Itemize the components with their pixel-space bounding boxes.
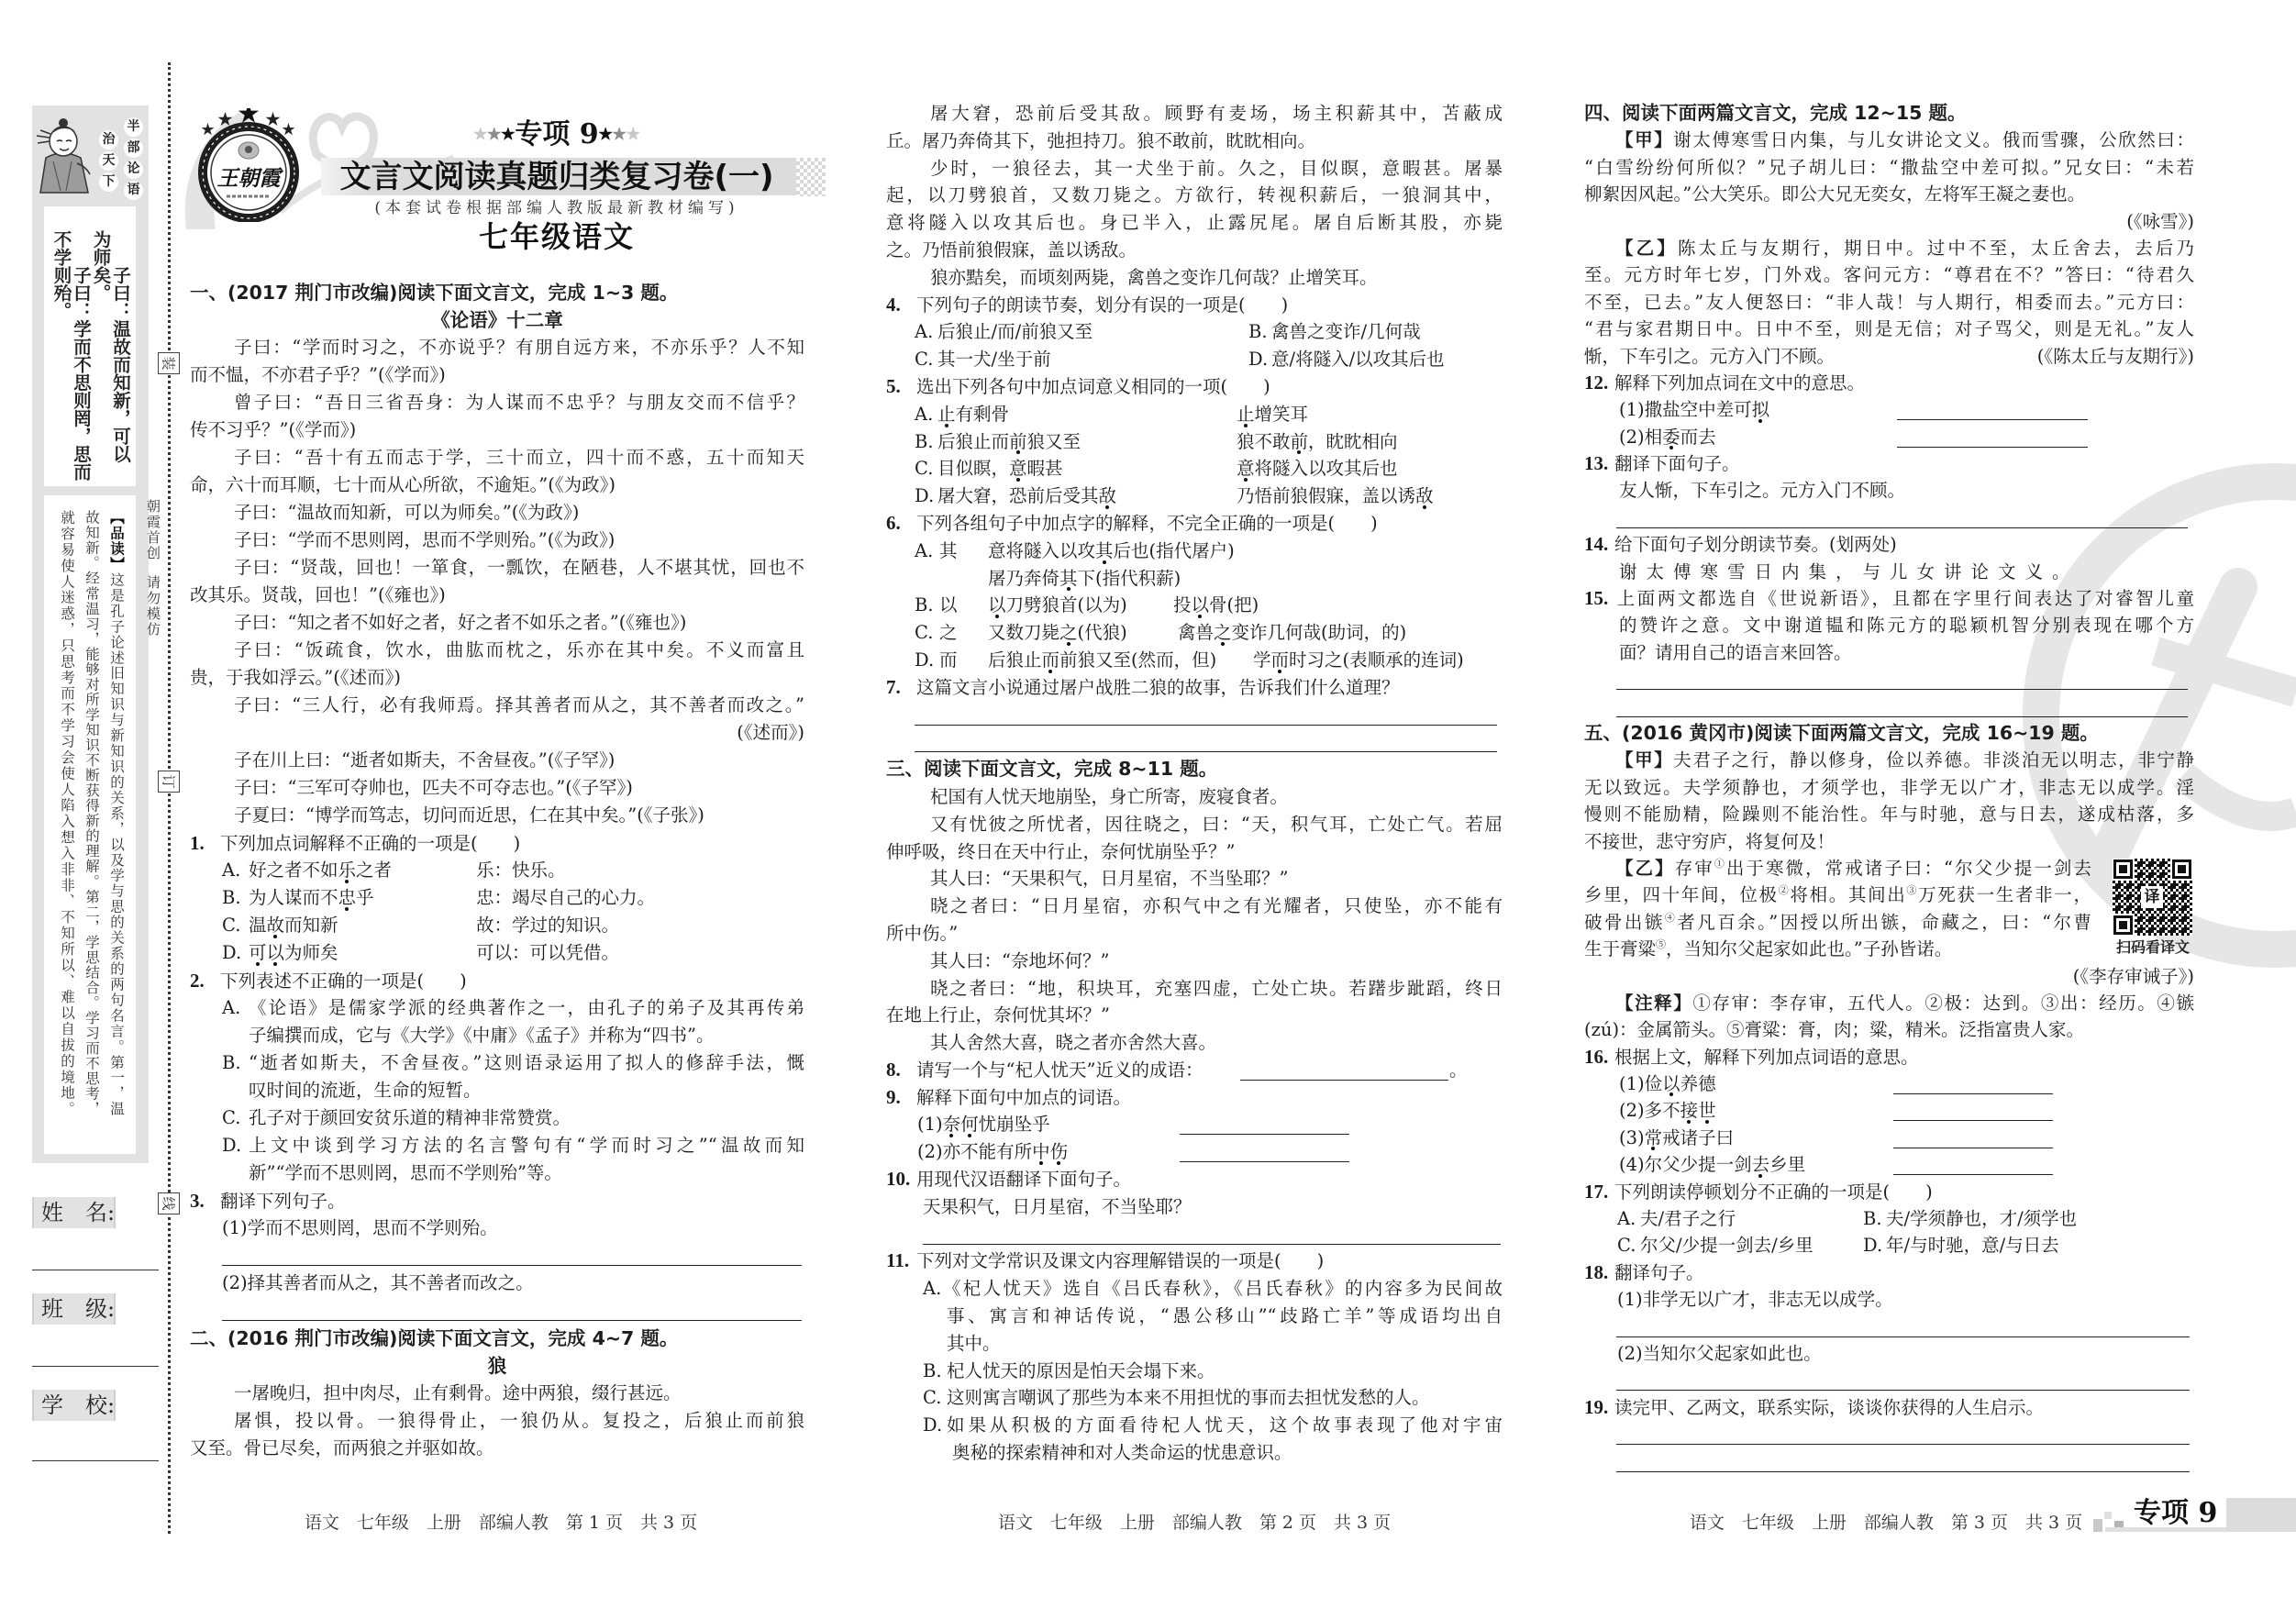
answer-line: [1584, 1421, 2194, 1447]
passage-text: 谢太傅寒雪日内集，与儿女讲论文义。俄而雪骤，公欣然曰：: [1673, 129, 2194, 150]
footnote-marker: ①: [1714, 858, 1726, 870]
emphasis-dot-char: 拟: [1752, 396, 1770, 423]
option-gloss: 忠：竭尽自己的心力。: [476, 884, 655, 912]
option-label: C.: [915, 455, 933, 482]
option-word: 以: [939, 592, 958, 619]
option-label: D.: [1863, 1232, 1882, 1259]
option-text: 新”“学而不思则罔，思而不学则殆”等。: [249, 1159, 562, 1187]
question-stem: 下列朗读停顿划分不正确的一项是( ): [1614, 1181, 1933, 1203]
emphasis-dot-char: 前: [1291, 428, 1309, 456]
passage-line: 惭，下车引之。元方入门不顾。 (《陈太丘与友期行》): [1584, 343, 2194, 370]
emphasis-dot-char: 敌: [1415, 482, 1434, 510]
question-stem: 请写一个与“杞人忧天”近义的成语：: [916, 1059, 1203, 1081]
question-number: 18.: [1584, 1259, 1614, 1286]
passage-line: 子在川上曰：“逝者如斯夫，不舍昼夜。”(《子罕》): [190, 747, 804, 774]
quote-column: 子曰：温故而知新，可以: [111, 230, 131, 478]
option-first: 以刀劈狼首(以为): [988, 592, 1127, 619]
answer-rule: [1616, 716, 2188, 717]
option-right: 乃悟前狼假寐，盖以诱敌: [1237, 482, 1434, 510]
question-10: 10.用现代汉语翻译下面句子。: [886, 1166, 1503, 1193]
passage-line: 意将隧入以攻其后也。身已半入，止露尻尾。屠自后断其股，亦毙: [886, 209, 1503, 237]
option-label: A.: [222, 857, 240, 884]
question-number: 12.: [1584, 370, 1614, 396]
option-text: 其一犬/坐于前: [937, 346, 1051, 373]
notes-label: 【注释】: [1615, 993, 1692, 1014]
question-number: 6.: [886, 510, 916, 538]
motto-char: 语: [124, 181, 143, 200]
emphasis-dot-char: 以: [1192, 592, 1210, 619]
answer-rule: [1616, 1390, 2190, 1391]
option-text: 温故而知新: [249, 912, 338, 939]
footnote-marker: ③: [1906, 884, 1918, 896]
logo-text: 王朝霞: [217, 166, 284, 191]
answer-line: [886, 702, 1503, 729]
answer-rule: [1180, 1134, 1349, 1135]
question-number: 1.: [190, 829, 220, 857]
emphasis-dot-char: 意: [1237, 455, 1255, 482]
option-text: 《杞人忧天》选自《吕氏春秋》，《吕氏春秋》的内容多为民间故: [943, 1275, 1503, 1303]
option-text: 孔子对于颜回安贫乐道的精神非常赞赏。: [249, 1104, 571, 1132]
tab-square-icon: [2104, 1512, 2112, 1519]
sub-question: (1)学而不思则罔，思而不学则殆。: [190, 1214, 804, 1242]
question-2: 2.下列表述不正确的一项是( ): [190, 967, 804, 994]
sentence: 天果积气，日月星宿，不当坠耶？: [886, 1193, 1503, 1221]
question-stem: 读完甲、乙两文，联系实际，谈谈你获得的人生启示。: [1614, 1397, 2044, 1418]
answer-line: [1584, 666, 2194, 693]
question-stem: 下列对文学常识及课文内容理解错误的一项是( ): [916, 1250, 1324, 1271]
option-row: A. 后狼止/而/前狼又至 B. 禽兽之变诈/几何哉: [886, 318, 1503, 346]
quote-column: 不学则殆。: [51, 230, 72, 478]
question-6: 6.下列各组句子中加点字的解释，不完全正确的一项是( ): [886, 510, 1503, 538]
motto-char: 天: [99, 151, 118, 171]
sub-question-text: (1)奈何忧崩坠乎: [917, 1111, 1050, 1138]
option-row: C. 这则寓言嘲讽了那些为本来不用担忧的事而去担忧发愁的人。: [886, 1384, 1503, 1412]
passage-line: 丘。屠乃奔倚其下，弛担持刀。狼不敢前，眈眈相向。: [886, 128, 1503, 155]
sub-question-text: (2)亦不能有所中伤: [917, 1138, 1068, 1166]
option-label: A.: [923, 1275, 941, 1303]
option-word: 而: [939, 647, 958, 674]
passage-line: 少时，一狼径去，其一犬坐于前。久之，目似瞑，意暇甚。屠暴: [886, 155, 1503, 183]
question-stem: 根据上文，解释下列加点词语的意思。: [1614, 1047, 1919, 1068]
emphasis-dot-char: 何: [960, 1111, 979, 1138]
answer-rule: [1240, 1080, 1448, 1081]
passage-line: 子曰：“饭疏食，饮水，曲肱而枕之，乐亦在其中矣。不义而富且: [190, 637, 804, 664]
confucius-cartoon-icon: [35, 116, 95, 194]
sub-question: (2)当知尔父起家如此也。: [1584, 1340, 2194, 1367]
quote-column: 子曰：学而不思则罔，思而: [72, 230, 92, 478]
binding-mark-char: 订: [159, 774, 179, 788]
option-text: 子编撰而成，它与《大学》《中庸》《孟子》并称为“四书”。: [249, 1022, 714, 1049]
passage-line: 命，六十而耳顺，七十而从心所欲，不逾矩。”(《为政》): [190, 471, 804, 499]
passage-line: 生于膏粱⑤，当知尔父起家如此也。”子孙皆诺。: [1584, 936, 2194, 962]
sub-question-text: (2)相委而去: [1619, 424, 1716, 450]
answer-rule: [222, 1265, 802, 1266]
option-text: 如果从积极的方面看待杞人忧天，这个故事表现了他对宇宙: [947, 1412, 1503, 1439]
question-19: 19.读完甲、乙两文，联系实际，谈谈你获得的人生启示。: [1584, 1394, 2194, 1421]
option-row: B. 后狼止而前狼又至 狼不敢前，眈眈相向: [886, 428, 1503, 456]
option-row: A. 止有剩骨 止增笑耳: [886, 401, 1503, 428]
copyright-notice: 请勿模仿: [145, 575, 161, 638]
commentary-label: 【品读】: [108, 510, 125, 572]
option-text: 其中。: [947, 1330, 1001, 1358]
source-citation: (《陈太丘与友期行》): [2037, 343, 2194, 370]
passage-label: 【乙】: [1615, 238, 1678, 259]
emphasis-dot-char: 前: [1009, 428, 1027, 456]
option-row: 其中。: [886, 1330, 1503, 1358]
emphasis-dot-char: 去: [1752, 1151, 1770, 1178]
answer-line: [1584, 693, 2194, 720]
emphasis-dot-char: 其: [1059, 565, 1078, 593]
option-row: C. 温故而知新 故：学过的知识。: [190, 912, 804, 939]
option-text: 叹时间的流逝，生命的短暂。: [249, 1077, 482, 1104]
option-row: D. 如果从积极的方面看待杞人忧天，这个故事表现了他对宇宙: [886, 1412, 1503, 1439]
option-row: A. 《论语》是儒家学派的经典著作之一，由孔子的弟子及其再传弟: [190, 994, 804, 1022]
sub-question: (1)撒盐空中差可拟: [1584, 396, 2194, 423]
option-row: A. 其 意将隧入以攻其后也(指代屠户): [886, 538, 1503, 565]
question-stem: 下列句子的朗读节奏，划分有误的一项是( ): [916, 294, 1288, 316]
emphasis-dot-char: 以: [988, 592, 1006, 619]
option-second: 禽兽之变诈几何哉(助词，的): [1178, 619, 1406, 647]
option-text: 好之者不如乐之者: [249, 857, 392, 884]
option-row: C. 尔父/少提一剑去/乡里 D. 年/与时驰，意/与日去: [1584, 1232, 2194, 1259]
emphasis-dot-char: 其: [1095, 538, 1114, 565]
question-stem: 选出下列各句中加点词意义相同的一项( ): [916, 376, 1270, 397]
footnote-marker: ④: [1665, 912, 1677, 924]
sub-question-text: (1)俭以养德: [1619, 1070, 1716, 1097]
option-second: 投以骨(把): [1173, 592, 1259, 619]
source-citation: (《咏雪》): [1584, 208, 2194, 235]
sub-question-text: (2)择其善者而从之，其不善者而改之。: [222, 1270, 534, 1297]
option-label: A.: [222, 994, 240, 1022]
page-title: 文言文阅读真题归类复习卷(一): [318, 156, 795, 198]
option-row: C. 孔子对于颜回安贫乐道的精神非常赞赏。: [190, 1104, 804, 1132]
option-gloss: 可以：可以凭借。: [476, 939, 619, 967]
passage-line: 改其乐。贤哉，回也！”(《雍也》): [190, 582, 804, 609]
emphasis-dot-char: 故: [267, 912, 285, 939]
corner-tab-label: 专项 9: [2134, 1495, 2217, 1532]
option-label: D.: [222, 1132, 241, 1159]
page-footer-1: 语文 七年级 上册 部编人教 第 1 页 共 3 页: [303, 1511, 699, 1535]
passage-line: 一屠晚归，担中肉尽，止有剩骨。途中两狼，缀行甚远。: [190, 1380, 804, 1407]
question-stem: 解释下面句中加点的词语。: [916, 1087, 1131, 1108]
question-stem: 面？请用自己的语言来回答。: [1619, 639, 1852, 666]
svg-text:★: ★: [282, 121, 295, 138]
qr-center-glyph: 译: [2141, 886, 2163, 908]
question-stem: 下列各组句子中加点字的解释，不完全正确的一项是( ): [916, 513, 1378, 534]
option-row: D. 而 后狼止而前狼又至(然而，但) 学而时习之(表顺承的连词): [886, 647, 1503, 674]
passage-line: 屠惧，投以骨。一狼得骨止，一狼仍从。复投之，后狼止而前狼: [190, 1407, 804, 1435]
passage-line: 子曰：“贤哉，回也！一箪食，一瓢饮，在陋巷，人不堪其忧，回也不: [190, 554, 804, 582]
question-number: 5.: [886, 373, 916, 401]
emphasis-dot-char: 世: [1698, 1097, 1716, 1124]
question-number: 14.: [1584, 531, 1614, 558]
option-row: D. 上文中谈到学习方法的名言警句有“学而时习之”“温故而知: [190, 1132, 804, 1159]
passage-line: 所中伤。”: [886, 920, 1503, 948]
question-number: 4.: [886, 292, 916, 319]
passage-text: 存审①出于寒微，常戒诸子曰：“尔父少提一剑去: [1675, 858, 2091, 879]
option-row: 屠乃奔倚其下(指代积薪): [886, 565, 1503, 593]
question-18: 18.翻译句子。: [1584, 1259, 2194, 1286]
commentary-box: 【品读】这是孔子论述旧知识与新知识的关系，以及学与思的关系的两句名言。第一，温 …: [44, 495, 136, 1154]
emphasis-dot-char: 中: [1032, 1138, 1050, 1166]
answer-rule: [1897, 419, 2088, 420]
sentence: 友人惭，下车引之。元方入门不顾。: [1584, 477, 2194, 504]
sub-question: (2)亦不能有所中伤: [886, 1138, 1503, 1166]
question-stem: 解释下列加点词在文中的意思。: [1614, 372, 1865, 394]
question-number: 3.: [190, 1187, 220, 1214]
page-footer-2: 语文 七年级 上册 部编人教 第 2 页 共 3 页: [996, 1511, 1392, 1535]
option-row: C. 其一犬/坐于前 D. 意/将隧入/以攻其后也: [886, 346, 1503, 373]
option-label: D.: [222, 939, 241, 967]
question-number: 11.: [886, 1248, 916, 1275]
binding-mark-char: 装: [159, 356, 179, 370]
option-label: D.: [915, 482, 934, 510]
passage-line: 子曰：“吾十有五而志于学，三十而立，四十而不惑，五十而知天: [190, 444, 804, 471]
option-row: B. 以 以刀劈狼首(以为) 投以骨(把): [886, 592, 1503, 619]
answer-line: [190, 1297, 804, 1325]
emphasis-dot-char: 之: [1059, 619, 1078, 647]
page-footer-3: 语文 七年级 上册 部编人教 第 3 页 共 3 页: [1688, 1511, 2084, 1535]
answer-rule: [1897, 447, 2088, 448]
option-row: 事、寓言和神话传说，“愚公移山”“歧路亡羊”等成语均出自: [886, 1303, 1503, 1330]
answer-line: [1584, 1448, 2194, 1475]
passage-line: 起，以刀劈狼首，又数刀毙之。方欲行，转视积薪后，一狼洞其中，: [886, 182, 1503, 209]
footnote-marker: ⑤: [1656, 938, 1666, 950]
page-1-column: 一、(2017 荆门市改编)阅读下面文言文，完成 1~3 题。 《论语》十二章 …: [190, 279, 804, 1462]
emphasis-dot-char: 敌: [1099, 482, 1117, 510]
star-icon: ★: [487, 126, 501, 142]
page-subtitle: (本套试卷根据部编人教版最新教材编写): [358, 196, 756, 220]
section-heading: 一、(2017 荆门市改编)阅读下面文言文，完成 1~3 题。: [190, 279, 804, 306]
question-number: 2.: [190, 967, 220, 994]
passage-line: 杞国有人忧天地崩坠，身亡所寄，废寝食者。: [886, 783, 1503, 811]
passage-line: 不至，已去。”友人便怒曰：“非人哉！与人期行，相委而去。”元方曰：: [1584, 289, 2194, 316]
option-label: A.: [915, 318, 933, 346]
motto-char: 下: [99, 172, 118, 192]
page-3-column: 四、阅读下面两篇文言文，完成 12~15 题。 【甲】谢太傅寒雪日内集，与儿女讲…: [1584, 100, 2194, 1475]
option-row: 子编撰而成，它与《大学》《中庸》《孟子》并称为“四书”。: [190, 1022, 804, 1049]
passage-line: 子曰：“学而时习之，不亦说乎？有朋自远方来，不亦乐乎？人不知: [190, 334, 804, 361]
sentence-text: 天果积气，日月星宿，不当坠耶？: [923, 1193, 1192, 1221]
passage-line: 而不愠，不亦君子乎？”(《学而》): [190, 361, 804, 389]
option-text: 年/与时驰，意/与日去: [1886, 1232, 2059, 1259]
class-field-label: 班 级:: [32, 1293, 116, 1325]
answer-line: [1584, 1367, 2194, 1393]
passage-text: 惭，下车引之。元方入门不顾。: [1584, 346, 1835, 367]
question-stem: 下列表述不正确的一项是( ): [220, 970, 467, 992]
option-text: “逝者如斯夫，不舍昼夜。”这则语录运用了拟人的修辞手法，慨: [249, 1049, 804, 1077]
option-word: 之: [939, 619, 958, 647]
option-text: 意/将隧入/以攻其后也: [1271, 346, 1445, 373]
passage-line: 【乙】存审①出于寒微，常戒诸子曰：“尔父少提一剑去: [1584, 855, 2091, 882]
emphasis-dot-char: 以: [267, 939, 285, 967]
option-right: 狼不敢前，眈眈相向: [1237, 428, 1398, 456]
answer-rule: [1893, 1174, 2053, 1175]
emphasis-dot-char: 乐: [338, 857, 357, 884]
sub-question: (2)相委而去: [1584, 424, 2194, 450]
passage-line: “君与家君期日中。日中不至，则是无信；对子骂父，则是无礼。”友人: [1584, 316, 2194, 342]
answer-rule: [1893, 1120, 2053, 1121]
question-16: 16.根据上文，解释下列加点词语的意思。: [1584, 1044, 2194, 1070]
star-icon: ★: [501, 126, 515, 142]
option-text: 禽兽之变诈/几何哉: [1271, 318, 1421, 346]
motto-char: 论: [124, 160, 143, 179]
passage-label: 【甲】: [1615, 749, 1673, 771]
question-stem-line: 的赞许之意。文中谢道韫和陈元方的聪颖机智分别表现在哪个方: [1584, 612, 2194, 638]
question-stem-line: 面？请用自己的语言来回答。: [1584, 639, 2194, 666]
passage-line: 其人舍然大喜，晓之者亦舍然大喜。: [886, 1029, 1503, 1057]
star-icon: ★: [613, 126, 627, 142]
question-12: 12.解释下列加点词在文中的意思。: [1584, 370, 2194, 396]
question-number: 19.: [1584, 1394, 1614, 1421]
checker-pattern-icon: [796, 158, 826, 196]
qr-code: 译: [2113, 859, 2192, 936]
option-row: A. 好之者不如乐之者 乐：快乐。: [190, 857, 804, 884]
option-first: 后狼止而前狼又至(然而，但): [988, 647, 1216, 674]
question-9: 9.解释下面句中加点的词语。: [886, 1084, 1503, 1112]
answer-rule: [1180, 1161, 1349, 1162]
option-text: 为人谋而不忠乎: [249, 884, 374, 912]
sub-question: (2)多不接世: [1584, 1097, 2194, 1124]
question-stem: 用现代汉语翻译下面句子。: [916, 1169, 1131, 1190]
quote-column: 为师矣。: [91, 230, 111, 478]
sub-question: (4)尔父少提一剑去乡里: [1584, 1151, 2194, 1178]
question-8: 8.请写一个与“杞人忧天”近义的成语： 。: [886, 1057, 1503, 1084]
option-gloss: 乐：快乐。: [476, 857, 566, 884]
option-row: 叹时间的流逝，生命的短暂。: [190, 1077, 804, 1104]
sub-question-text: (1)非学无以广才，非志无以成学。: [1617, 1286, 1893, 1313]
question-stem: 翻译句子。: [1614, 1262, 1704, 1283]
passage-label: 【甲】: [1615, 129, 1673, 150]
name-field-line: [32, 1270, 159, 1270]
option-row: B. 为人谋而不忠乎 忠：竭尽自己的心力。: [190, 884, 804, 912]
passage-line: 乡里，四十年间，位极②将相。其间出③万死获一生者非一，: [1584, 882, 2091, 908]
commentary-column-text: 这是孔子论述旧知识与新知识的关系，以及学与思的关系的两句名言。第一，温: [108, 572, 125, 1115]
section-heading: 二、(2016 荆门市改编)阅读下面文言文，完成 4~7 题。: [190, 1325, 804, 1352]
question-15: 15.上面两文都选自《世说新语》，且都在字里行间表达了对睿智儿童: [1584, 585, 2194, 612]
option-text: 夫/学须静也，才/须学也: [1886, 1205, 2077, 1232]
emphasis-dot-char: 伤: [1050, 1138, 1069, 1166]
binding-mark-ding: 订: [158, 771, 180, 793]
passage-line: 慢则不能励精，险躁则不能治性。年与时驰，意与日去，遂成枯落，多: [1584, 801, 2194, 827]
question-17: 17.下列朗读停顿划分不正确的一项是( ): [1584, 1179, 2194, 1205]
option-label: A.: [915, 538, 933, 565]
passage-line: 子夏曰：“博学而笃志，切问而近思，仁在其中矣。”(《子张》): [190, 802, 804, 829]
passage-line: 柳絮因风起。”公大笑乐。即公大兄无奕女，左将军王凝之妻也。: [1584, 181, 2194, 207]
question-3: 3.翻译下列句子。: [190, 1187, 804, 1214]
option-first: 又数刀毙之(代狼): [988, 619, 1127, 647]
question-number: 8.: [886, 1057, 916, 1084]
binding-mark-zhuang: 装: [158, 352, 180, 374]
question-number: 13.: [1584, 450, 1614, 477]
option-label: B.: [222, 1049, 241, 1077]
passage-line: “白雪纷纷何所似？”兄子胡儿曰：“撒盐空中差可拟。”兄女曰：“未若: [1584, 154, 2194, 181]
passage-line: 贵，于我如浮云。”(《述而》): [190, 664, 804, 692]
notes-line: 【注释】①存审：李存审，五代人。②极：达到。③出：经历。④镞: [1584, 990, 2194, 1016]
passage-line: 其人曰：“奈地坏何？”: [886, 948, 1503, 975]
option-text: 上文中谈到学习方法的名言警句有“学而时习之”“温故而知: [249, 1132, 804, 1159]
quote-box: 子曰：温故而知新，可以 为师矣。 子曰：学而不思则罔，思而 不学则殆。: [44, 206, 136, 486]
copyright-notice: 朝霞首创: [145, 499, 161, 561]
emphasis-dot-char: 委: [1662, 424, 1680, 450]
passage-line: 其人曰：“天果积气，日月星宿，不当坠耶？”: [886, 865, 1503, 893]
name-field-label: 姓 名:: [32, 1197, 116, 1228]
question-number: 16.: [1584, 1044, 1614, 1070]
emphasis-dot-char: 而: [1042, 647, 1060, 674]
passage-line: 子曰：“知之者不如好之者，好之者不如乐之者。”(《雍也》): [190, 609, 804, 637]
passage-text: 夫君子之行，静以修身，俭以养德。非淡泊无以明志，非宁静: [1673, 749, 2194, 771]
sub-question: (3)常戒诸子曰: [1584, 1125, 2194, 1151]
option-left: 止有剩骨: [937, 401, 1009, 428]
option-label: B.: [915, 428, 934, 456]
sentence-text: 友人惭，下车引之。元方入门不顾。: [1619, 477, 1905, 504]
option-text: 事、寓言和神话传说，“愚公移山”“歧路亡羊”等成语均出自: [947, 1303, 1503, 1330]
passage-line: 屠大窘，恐前后受其敌。顾野有麦场，场主积薪其中，苫蔽成: [886, 100, 1503, 128]
star-icon: ★: [473, 126, 487, 142]
option-first: 意将隧入以攻其后也(指代屠户): [988, 538, 1235, 565]
option-label: C.: [923, 1384, 941, 1412]
option-second: 学而时习之(表顺承的连词): [1253, 647, 1464, 674]
commentary-column: 【品读】这是孔子论述旧知识与新知识的关系，以及学与思的关系的两句名言。第一，温: [104, 510, 128, 1115]
option-label: B.: [222, 884, 241, 912]
option-right: 止增笑耳: [1237, 401, 1308, 428]
question-number: 9.: [886, 1084, 916, 1112]
passage-line: 【乙】陈太丘与友期行，期日中。过中不至，太丘舍去，去后乃: [1584, 235, 2194, 261]
commentary-column: 就容易使人迷惑，只思考而不学习会使人陷入想入非非、不知所以、难以自拔的境地。: [54, 510, 79, 1115]
question-stem: 给下面句子划分朗读节奏。(划两处): [1614, 534, 1897, 555]
option-gloss: 故：学过的知识。: [476, 912, 619, 939]
commentary-column: 故知新。经常温习，能够对所学知识不断获得新的理解。第二，学思结合。学习而不思考，: [79, 510, 104, 1115]
passage-line: 破骨出镞④者凡百余。”因授以所出镞，命藏之，曰：“尔曹: [1584, 909, 2091, 936]
question-4: 4.下列句子的朗读节奏，划分有误的一项是( ): [886, 292, 1503, 319]
answer-rule: [222, 1320, 802, 1321]
corner-tab-block: [2226, 1498, 2296, 1532]
sub-question: (2)择其善者而从之，其不善者而改之。: [190, 1270, 804, 1297]
question-number: 17.: [1584, 1179, 1614, 1205]
series-label: ★★★专项 9★★★: [410, 116, 704, 151]
question-13: 13.翻译下面句子。: [1584, 450, 2194, 477]
answer-line: [886, 728, 1503, 756]
option-label: A.: [1617, 1205, 1636, 1232]
notes-line: (zú)：金属箭头。⑤膏粱：膏，肉；粱，精米。泛指富贵人家。: [1584, 1016, 2194, 1043]
option-text: 后狼止/而/前狼又至: [937, 318, 1093, 346]
school-field-label: 学 校:: [32, 1390, 116, 1421]
question-11: 11.下列对文学常识及课文内容理解错误的一项是( ): [886, 1248, 1503, 1275]
option-right: 意将隧入以攻其后也: [1237, 455, 1398, 482]
emphasis-dot-char: 止: [937, 401, 956, 428]
option-text: 尔父/少提一剑去/乡里: [1640, 1232, 1814, 1259]
passage-line: 在地上行止，奈何忧其坏？”: [886, 1002, 1503, 1029]
motto-right-column: 半 部 论 语: [124, 117, 143, 200]
passage-line: 【甲】谢太傅寒雪日内集，与儿女讲论文义。俄而雪骤，公欣然曰：: [1584, 127, 2194, 153]
passage-text: 陈太丘与友期行，期日中。过中不至，太丘舍去，去后乃: [1678, 238, 2194, 259]
option-label: C.: [1617, 1232, 1636, 1259]
option-row: 奥秘的探索精神和对人类命运的忧患意识。: [886, 1439, 1503, 1467]
option-row: A. 《杞人忧天》选自《吕氏春秋》，《吕氏春秋》的内容多为民间故: [886, 1275, 1503, 1303]
question-stem: 下列加点词解释不正确的一项是( ): [220, 833, 520, 854]
emphasis-dot-char: 接: [1680, 1097, 1699, 1124]
emphasis-dot-char: 之: [1214, 619, 1232, 647]
binding-mark-char: 线: [159, 1196, 179, 1210]
passage-line: 子曰：“温故而知新，可以为师矣。”(《为政》): [190, 499, 804, 527]
passage-label: 【乙】: [1615, 858, 1675, 879]
question-14: 14.给下面句子划分朗读节奏。(划两处): [1584, 531, 2194, 558]
option-row: A. 夫/君子之行 B. 夫/学须静也，才/须学也: [1584, 1205, 2194, 1232]
option-text: 杞人忧天的原因是怕天会塌下来。: [947, 1358, 1215, 1385]
section-heading: 五、(2016 黄冈市)阅读下面两篇文言文，完成 16~19 题。: [1584, 720, 2194, 747]
answer-line: [886, 1221, 1503, 1248]
option-label: B.: [923, 1358, 942, 1385]
